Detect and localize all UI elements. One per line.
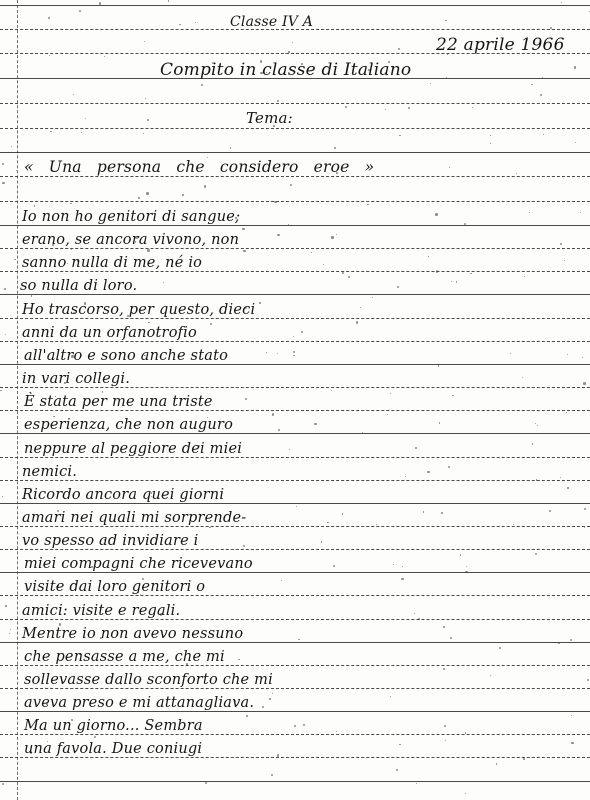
ruled-line [0,549,590,550]
date: 22 aprile 1966 [436,37,565,54]
assignment-title: Compito in classe di Italiano [160,62,411,79]
essay-line: nemici. [22,465,77,480]
essay-line: all'altro e sono anche stato [24,349,228,364]
ruled-line [0,176,590,177]
ruled-line [0,225,590,226]
ruled-line [0,103,590,104]
ruled-line [0,711,590,712]
essay-line: aveva preso e mi attanagliava. [24,696,254,711]
ruled-line [0,595,590,596]
essay-line: una favola. Due coniugi [24,742,202,757]
ruled-line [0,5,590,6]
ruled-line [0,201,590,202]
ruled-line [0,503,590,504]
essay-line: Ma un giorno... Sembra [24,719,203,734]
ruled-line [0,318,590,319]
ruled-line [0,757,590,758]
essay-line: amici: visite e regali. [22,604,180,619]
essay-line: sollevasse dallo sconforto che mi [24,673,273,688]
ruled-line [0,128,590,129]
essay-line: vo spesso ad invidiare i [22,534,199,549]
essay-line: miei compagni che ricevevano [24,557,253,572]
ruled-line [0,665,590,666]
essay-line: Ho trascorso, per questo, dieci [22,303,255,318]
ruled-line [0,433,590,434]
essay-line: che pensasse a me, che mi [24,650,225,665]
essay-line: amari nei quali mi sorprende- [22,511,246,526]
essay-line: esperienza, che non auguro [24,418,233,433]
ruled-line [0,248,590,249]
ruled-line [0,410,590,411]
ruled-line [0,619,590,620]
ruled-line [0,642,590,643]
essay-line: in vari collegi. [22,372,130,387]
scanned-notebook-page: Classe IV A 22 aprile 1966 Compito in cl… [0,0,590,800]
ruled-line [0,526,590,527]
ruled-line [0,364,590,365]
essay-line: neppure al peggiore dei miei [24,442,242,457]
essay-line: Ricordo ancora quei giorni [22,488,224,503]
theme-label: Tema: [246,111,293,126]
ruled-line [0,387,590,388]
ruled-line [0,688,590,689]
ruled-line [0,294,590,295]
essay-line: anni da un orfanotrofio [22,326,197,341]
ruled-line [0,152,590,153]
ruled-line [0,457,590,458]
ruled-line [0,271,590,272]
ruled-line [0,734,590,735]
margin-line [17,0,18,800]
essay-line: Io non ho genitori di sangue; [22,210,240,225]
ruled-line [0,572,590,573]
ruled-line [0,341,590,342]
essay-line: so nulla di loro. [20,279,137,294]
essay-line: È stata per me una triste [24,395,213,410]
essay-title: « Una persona che considero eroe » [24,160,374,176]
ruled-line [0,480,590,481]
ruled-line [0,781,590,782]
essay-line: sanno nulla di me, né io [22,256,202,271]
essay-line: Mentre io non avevo nessuno [22,627,243,642]
essay-line: visite dai loro genitori o [24,580,205,595]
essay-line: erano, se ancora vivono, non [22,233,239,248]
class-label: Classe IV A [230,15,313,29]
